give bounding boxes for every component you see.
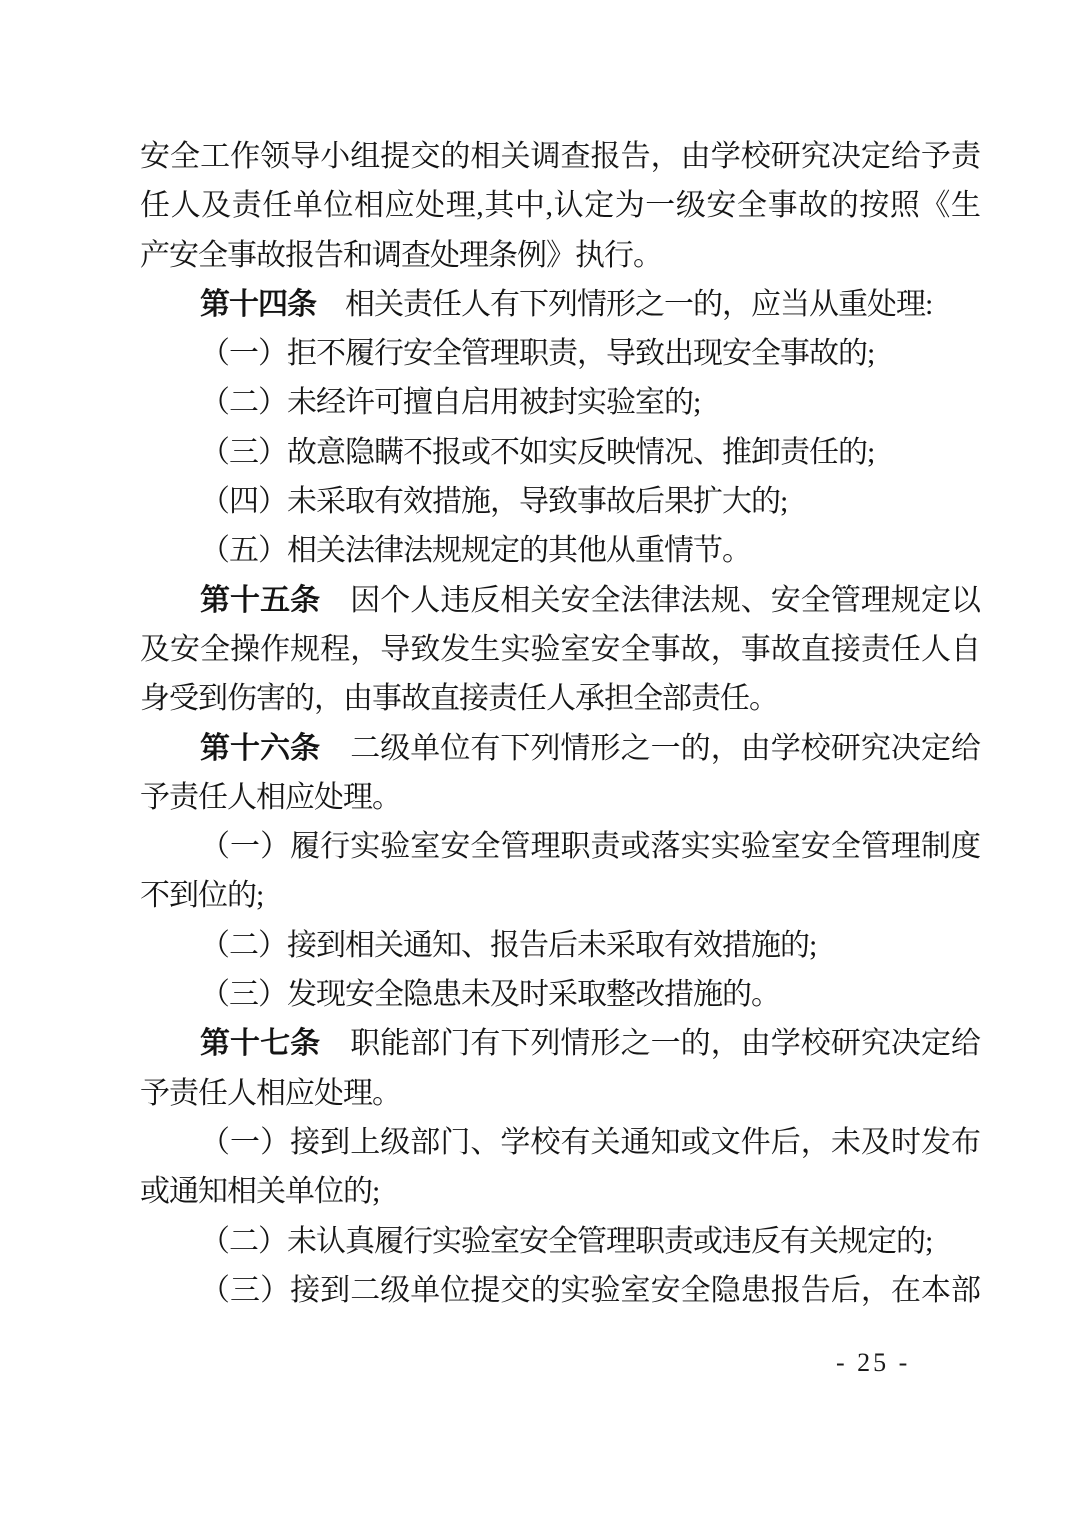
text-line: 任人及责任单位相应处理,其中,认定为一级安全事故的按照《生 <box>140 181 980 230</box>
line-text: （四）未采取有效措施，导致事故后果扩大的; <box>200 485 787 518</box>
text-line: 安全工作领导小组提交的相关调查报告，由学校研究决定给予责 <box>140 132 980 181</box>
article-number: 第十五条 <box>200 584 320 617</box>
line-text: （二）未认真履行实验室安全管理职责或违反有关规定的; <box>200 1225 932 1258</box>
text-line: （四）未采取有效措施，导致事故后果扩大的; <box>140 477 980 526</box>
text-line: 及安全操作规程，导致发生实验室安全事故，事故直接责任人自 <box>140 625 980 674</box>
text-line: 第十七条 职能部门有下列情形之一的，由学校研究决定给 <box>140 1019 980 1068</box>
text-line: 或通知相关单位的; <box>140 1167 980 1216</box>
text-line: （三）发现安全隐患未及时采取整改措施的。 <box>140 970 980 1019</box>
article-number: 第十六条 <box>200 732 320 765</box>
text-line: 不到位的; <box>140 871 980 920</box>
text-line: （二）接到相关通知、报告后未采取有效措施的; <box>140 921 980 970</box>
text-line: 第十四条 相关责任人有下列情形之一的，应当从重处理: <box>140 280 980 329</box>
line-text: 予责任人相应处理。 <box>140 781 401 814</box>
line-text: （一）拒不履行安全管理职责，导致出现安全事故的; <box>200 337 874 370</box>
document-body: 安全工作领导小组提交的相关调查报告，由学校研究决定给予责 任人及责任单位相应处理… <box>140 132 980 1315</box>
text-line: （二）未认真履行实验室安全管理职责或违反有关规定的; <box>140 1217 980 1266</box>
line-text: 安全工作领导小组提交的相关调查报告，由学校研究决定给予责 <box>140 140 980 173</box>
line-text: 职能部门有下列情形之一的，由学校研究决定给 <box>320 1027 980 1060</box>
line-text: 二级单位有下列情形之一的，由学校研究决定给 <box>320 732 980 765</box>
text-line: 产安全事故报告和调查处理条例》执行。 <box>140 231 980 280</box>
text-line: 第十五条 因个人违反相关安全法律法规、安全管理规定以 <box>140 576 980 625</box>
article-number: 第十四条 <box>200 288 316 321</box>
document-page: 安全工作领导小组提交的相关调查报告，由学校研究决定给予责 任人及责任单位相应处理… <box>0 0 1080 1528</box>
text-line: 予责任人相应处理。 <box>140 773 980 822</box>
line-text: 因个人违反相关安全法律法规、安全管理规定以 <box>320 584 980 617</box>
line-text: 或通知相关单位的; <box>140 1175 379 1208</box>
line-text: 不到位的; <box>140 879 263 912</box>
line-text: 及安全操作规程，导致发生实验室安全事故，事故直接责任人自 <box>140 633 980 666</box>
text-line: 身受到伤害的，由事故直接责任人承担全部责任。 <box>140 674 980 723</box>
line-text: 予责任人相应处理。 <box>140 1077 401 1110</box>
line-text: （三）发现安全隐患未及时采取整改措施的。 <box>200 978 780 1011</box>
line-text: （三）故意隐瞒不报或不如实反映情况、推卸责任的; <box>200 436 874 469</box>
text-line: （一）拒不履行安全管理职责，导致出现安全事故的; <box>140 329 980 378</box>
text-line: （五）相关法律法规规定的其他从重情节。 <box>140 526 980 575</box>
text-line: 第十六条 二级单位有下列情形之一的，由学校研究决定给 <box>140 724 980 773</box>
line-text: （五）相关法律法规规定的其他从重情节。 <box>200 534 751 567</box>
line-text: 身受到伤害的，由事故直接责任人承担全部责任。 <box>140 682 778 715</box>
text-line: （三）接到二级单位提交的实验室安全隐患报告后，在本部 <box>140 1266 980 1315</box>
line-text: （一）履行实验室安全管理职责或落实实验室安全管理制度 <box>200 830 980 863</box>
text-line: （一）接到上级部门、学校有关通知或文件后，未及时发布 <box>140 1118 980 1167</box>
article-number: 第十七条 <box>200 1027 320 1060</box>
text-line: （二）未经许可擅自启用被封实验室的; <box>140 378 980 427</box>
line-text: （二）接到相关通知、报告后未采取有效措施的; <box>200 929 816 962</box>
line-text: （二）未经许可擅自启用被封实验室的; <box>200 386 700 419</box>
text-line: （三）故意隐瞒不报或不如实反映情况、推卸责任的; <box>140 428 980 477</box>
line-text: 产安全事故报告和调查处理条例》执行。 <box>140 239 662 272</box>
line-text: （三）接到二级单位提交的实验室安全隐患报告后，在本部 <box>200 1274 980 1307</box>
line-text: （一）接到上级部门、学校有关通知或文件后，未及时发布 <box>200 1126 980 1159</box>
text-line: 予责任人相应处理。 <box>140 1069 980 1118</box>
line-text: 相关责任人有下列情形之一的，应当从重处理: <box>316 288 932 321</box>
page-number: - 25 - <box>836 1348 910 1378</box>
text-line: （一）履行实验室安全管理职责或落实实验室安全管理制度 <box>140 822 980 871</box>
line-text: 任人及责任单位相应处理,其中,认定为一级安全事故的按照《生 <box>140 189 980 222</box>
